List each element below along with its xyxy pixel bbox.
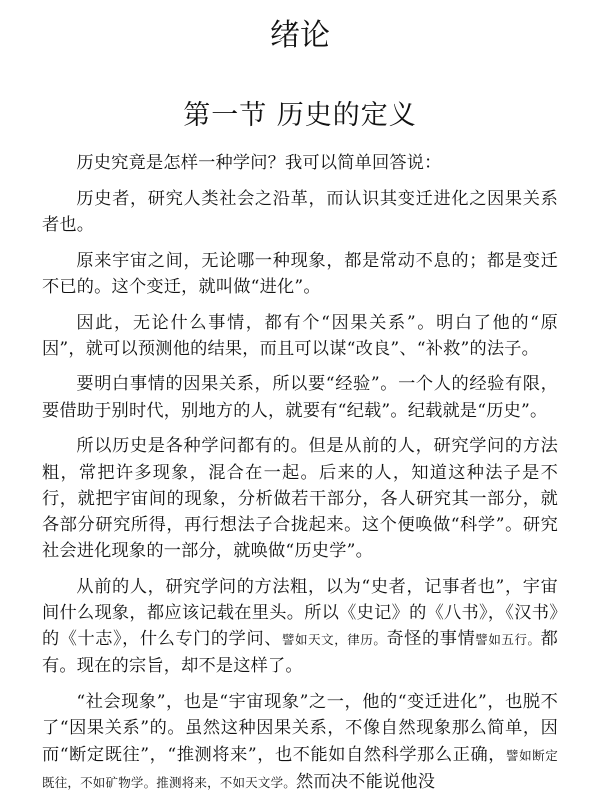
section-title: 第一节 历史的定义 bbox=[0, 96, 600, 136]
paragraph: 历史者，研究人类社会之沿革，而认识其变迁进化之因果关系者也。 bbox=[42, 186, 558, 238]
body-text: 历史究竟是怎样一种学问？我可以简单回答说： 历史者，研究人类社会之沿革，而认识其… bbox=[42, 150, 558, 800]
paragraph-text: 然而决不能说他没 bbox=[296, 772, 435, 792]
paragraph: 历史究竟是怎样一种学问？我可以简单回答说： bbox=[42, 150, 558, 176]
paragraph: 要明白事情的因果关系，所以要“经验”。一个人的经验有限，要借助于别时代，别地方的… bbox=[42, 371, 558, 423]
paragraph-text: “社会现象”，也是“宇宙现象”之一，他的“变迁进化”，也脱不了“因果关系”的。虽… bbox=[42, 692, 558, 764]
inline-note: 譬如天文，律历。 bbox=[282, 632, 387, 647]
document-page: 绪论 第一节 历史的定义 历史究竟是怎样一种学问？我可以简单回答说： 历史者，研… bbox=[0, 0, 600, 800]
paragraph-text: 奇怪的事情 bbox=[386, 629, 475, 649]
paragraph: 原来宇宙之间，无论哪一种现象，都是常动不息的；都是变迁不已的。这个变迁，就叫做“… bbox=[42, 248, 558, 300]
chapter-title: 绪论 bbox=[0, 14, 600, 58]
paragraph: 从前的人，研究学问的方法粗，以为“史者，记事者也”，宇宙间什么现象，都应该记载在… bbox=[42, 574, 558, 680]
paragraph: 因此，无论什么事情，都有个“因果关系”。明白了他的“原因”，就可以预测他的结果，… bbox=[42, 310, 558, 362]
paragraph: “社会现象”，也是“宇宙现象”之一，他的“变迁进化”，也脱不了“因果关系”的。虽… bbox=[42, 689, 558, 796]
paragraph: 所以历史是各种学问都有的。但是从前的人，研究学问的方法粗，常把许多现象，混合在一… bbox=[42, 433, 558, 564]
inline-note: 譬如五行。 bbox=[475, 632, 540, 647]
